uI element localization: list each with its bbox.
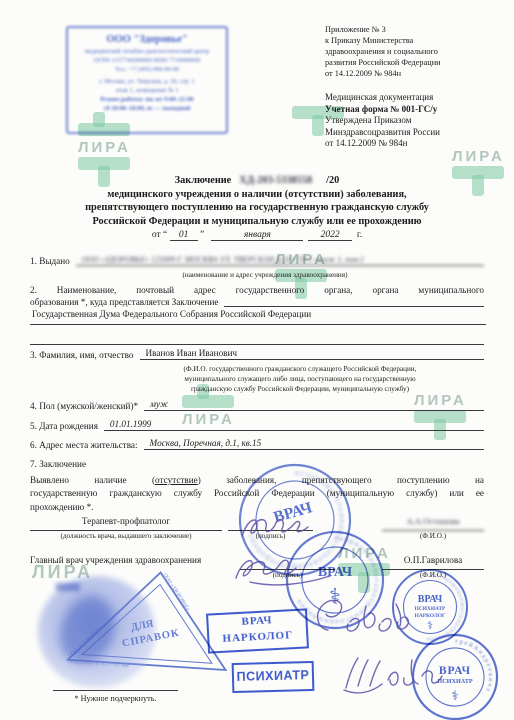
therapist-signature bbox=[238, 514, 316, 546]
title-line3: препятствующего поступлению на государст… bbox=[30, 201, 484, 215]
field-birthdate-label: 5. Дата рождения bbox=[30, 421, 104, 431]
field-org-line1: 2. Наименование, почтовый адрес государс… bbox=[30, 285, 484, 295]
field-birthdate-value: 01.01.1999 bbox=[104, 419, 484, 431]
date-line: от “ 01 ” января 2022 г. bbox=[30, 230, 484, 241]
document-page: ЛИРА ЛИРА ЛИРА ЛИРА ЛИРА ЛИРА ЛИРА Прило… bbox=[0, 0, 514, 720]
field-fio-caption: (Ф.И.О. государственного гражданского сл… bbox=[135, 364, 465, 394]
sig1-fio-caption: (Ф.И.О.) bbox=[382, 531, 484, 540]
fio-caption-line: (Ф.И.О. государственного гражданского сл… bbox=[135, 364, 465, 374]
field-birthdate: 5. Дата рождения 01.01.1999 bbox=[30, 419, 484, 431]
fio-caption-line: муниципального служащего либо лица, пост… bbox=[135, 374, 465, 384]
date-prefix: от “ bbox=[152, 230, 167, 240]
sig1-position-cell: Терапевт-профпатолог (должность врача, в… bbox=[30, 516, 222, 540]
field-address-value: Москва, Поречная, д.1, кв.15 bbox=[144, 438, 484, 450]
field-org-blank-line bbox=[30, 331, 484, 345]
appendix-line: Приложение № 3 bbox=[325, 24, 441, 35]
field-fio-label: 3. Фамилия, имя, отчество bbox=[30, 350, 140, 360]
form-number: Учетная форма № 001-ГС/у bbox=[325, 104, 440, 116]
sig2-label: Главный врач учреждения здравоохранения bbox=[30, 555, 250, 565]
date-year: 2022 bbox=[308, 230, 352, 241]
blurred-round-stamp-mark bbox=[56, 583, 80, 591]
appendix-line: к Приказу Министерства bbox=[325, 35, 441, 46]
form-approval-block: Медицинская документация Учетная форма №… bbox=[325, 92, 440, 150]
clinic-stamp-blurred-line: сб 10:00–18:00, вс — выходной bbox=[68, 105, 226, 114]
field-fio: 3. Фамилия, имя, отчество Иванов Иван Ив… bbox=[30, 348, 484, 360]
sig1-position: Терапевт-профпатолог bbox=[30, 516, 222, 531]
conclusion-part1: Выявлено наличие ( bbox=[30, 475, 155, 485]
title-line1: ЗаключениеХД-203-5338558/20 bbox=[30, 174, 484, 188]
field-org-line2: образования *, куда представляется Заклю… bbox=[30, 297, 224, 307]
field-issued-label: 1. Выдано bbox=[30, 256, 76, 266]
field-issued-value-blurred: ООО «ЗДОРОВЬЕ» 125009 Г. МОСКВА УЛ. ТВЕР… bbox=[76, 255, 484, 266]
title-word: Заключение bbox=[175, 175, 232, 186]
clinic-stamp-blurred-line: г. Москва, ул. Тверская, д. 20, стр. 1 bbox=[68, 78, 226, 87]
field-issued-caption: (наименование и адрес учреждения здравоо… bbox=[100, 270, 430, 280]
date-close-quote: ” bbox=[200, 230, 204, 240]
conclusion-underlined-word: отсутствие bbox=[155, 475, 198, 485]
title-line2: медицинского учреждения о наличии (отсут… bbox=[30, 188, 484, 202]
footnote-line bbox=[53, 690, 178, 691]
field-sex-value: муж bbox=[144, 399, 484, 411]
sig1-fio-blurred: А.А.Осташова bbox=[382, 516, 484, 531]
appendix-line: развития Российской Федерации bbox=[325, 57, 441, 68]
psychiatrist-rect-stamp: ПСИХИАТР bbox=[232, 661, 315, 693]
appendix-block: Приложение № 3 к Приказу Министерства зд… bbox=[325, 24, 441, 79]
field-org-line2-row: образования *, куда представляется Заклю… bbox=[30, 297, 484, 307]
title-number-suffix: /20 bbox=[326, 175, 339, 186]
sidorov-signature bbox=[312, 594, 414, 646]
field-issued: 1. Выдано ООО «ЗДОРОВЬЕ» 125009 Г. МОСКВ… bbox=[30, 255, 484, 266]
appendix-line: здравоохранения и социального bbox=[325, 46, 441, 57]
shishkin-signature bbox=[338, 650, 448, 702]
footnote-text: * Нужное подчеркнуть. bbox=[53, 694, 178, 703]
field-sex-label: 4. Пол (мужской/женский)* bbox=[30, 401, 144, 411]
bowl-of-hygieia-icon: ⚕ bbox=[451, 688, 458, 703]
clinic-stamp-org: ООО "Здоровье" bbox=[68, 34, 226, 45]
date-day: 01 bbox=[170, 230, 198, 241]
clinic-stamp-blurred-line: этаж 1, помещение № 1 bbox=[68, 87, 226, 96]
clinic-stamp-blurred-line: Режим работы: пн–пт 9:00–21:00 bbox=[68, 96, 226, 105]
clinic-stamp-blurred-line: медицинский лечебно-диагностический цент… bbox=[68, 48, 226, 57]
clinic-stamp-blurred-line: Тел.: +7 (495) 000-00-00 bbox=[68, 66, 226, 75]
field-org-blank bbox=[224, 305, 484, 307]
stamp-c-psychiatrist-text: ПСИХИАТР bbox=[415, 606, 446, 612]
stamp-c-narcologist-text: НАРКОЛОГ bbox=[415, 613, 446, 619]
watermark-text: ЛИРА bbox=[78, 139, 131, 156]
fio-caption-line: гражданскую службу Российской Федерации,… bbox=[135, 384, 465, 394]
field-fio-value: Иванов Иван Иванович bbox=[140, 348, 484, 360]
sig1-position-caption: (должность врача, выдавшего заключение) bbox=[30, 531, 222, 540]
stamp-c-vrach-text: ВРАЧ bbox=[418, 594, 443, 605]
clinic-stamp-blurred-line: ОГРН 1157746000000 ИНН 7710000000 bbox=[68, 57, 226, 66]
certificate-number-blurred: ХД-203-5338558 bbox=[239, 174, 312, 188]
field-address-label: 6. Адрес места жительства: bbox=[30, 440, 144, 450]
clinic-header-stamp: ООО "Здоровье" медицинский лечебно-диагн… bbox=[66, 26, 228, 134]
form-line: Медицинская документация bbox=[325, 92, 440, 104]
title-line4: Российской Федерации и муниципальную слу… bbox=[30, 215, 484, 229]
head-doctor-signature bbox=[230, 554, 338, 590]
date-month: января bbox=[211, 230, 303, 241]
bowl-of-hygieia-icon: ⚕ bbox=[427, 620, 433, 632]
watermark-text: ЛИРА bbox=[452, 148, 505, 165]
document-title: ЗаключениеХД-203-5338558/20 медицинского… bbox=[30, 174, 484, 228]
sig1-fio-cell: А.А.Осташова (Ф.И.О.) bbox=[382, 516, 484, 540]
date-suffix: г. bbox=[357, 230, 362, 240]
appendix-line: от 14.12.2009 № 984н bbox=[325, 68, 441, 79]
field-address: 6. Адрес места жительства: Москва, Пореч… bbox=[30, 438, 484, 450]
form-line: Минздравсоцразвития России bbox=[325, 127, 440, 139]
field-sex: 4. Пол (мужской/женский)* муж bbox=[30, 399, 484, 411]
form-line: от 14.12.2009 № 984н bbox=[325, 138, 440, 150]
field-org-value: Государственная Дума Федерального Собран… bbox=[30, 309, 486, 325]
form-line: Утверждена Приказом bbox=[325, 115, 440, 127]
